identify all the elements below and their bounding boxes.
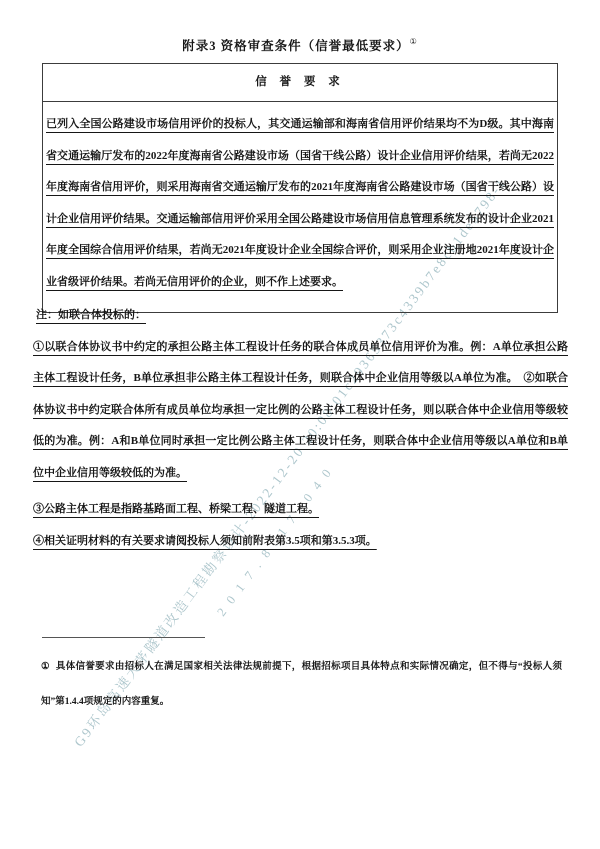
footnote-separator: [42, 637, 205, 638]
note-item-4: ④相关证明材料的有关要求请阅投标人须知前附表第3.5项和第3.5.3项。: [33, 526, 568, 558]
note-item-3: ③公路主体工程是指路基路面工程、桥梁工程、隧道工程。: [33, 494, 568, 526]
note-item-1: ①以联合体协议书中约定的承担公路主体工程设计任务的联合体成员单位信用评价为准。例…: [33, 332, 568, 490]
notes-section: 注：如联合体投标的： ①以联合体协议书中约定的承担公路主体工程设计任务的联合体成…: [33, 300, 568, 557]
notes-header-row: 注：如联合体投标的：: [33, 300, 568, 332]
notes-header: 注：如联合体投标的：: [33, 300, 146, 332]
footnote-marker: ①: [41, 662, 50, 672]
credit-requirements-table: 信 誉 要 求 已列入全国公路建设市场信用评价的投标人，其交通运输部和海南省信用…: [42, 63, 558, 313]
page-title-footnote-ref: ①: [410, 37, 418, 46]
document-page: G9环岛高速大茅隧道改造工程勘察设计-2022-12-20 20:08:01c2…: [0, 0, 600, 849]
table-cell-credit-requirements: 已列入全国公路建设市场信用评价的投标人，其交通运输部和海南省信用评价结果均不为D…: [43, 102, 557, 312]
footnote: ①具体信誉要求由招标人在满足国家相关法律法规前提下，根据招标项目具体特点和实际情…: [41, 650, 562, 720]
page-title-text: 附录3 资格审查条件（信誉最低要求）: [182, 39, 409, 53]
page-title: 附录3 资格审查条件（信誉最低要求）①: [0, 36, 600, 54]
table-header-credit-requirements: 信 誉 要 求: [43, 64, 557, 102]
footnote-text: 具体信誉要求由招标人在满足国家相关法律法规前提下，根据招标项目具体特点和实际情况…: [41, 662, 562, 707]
